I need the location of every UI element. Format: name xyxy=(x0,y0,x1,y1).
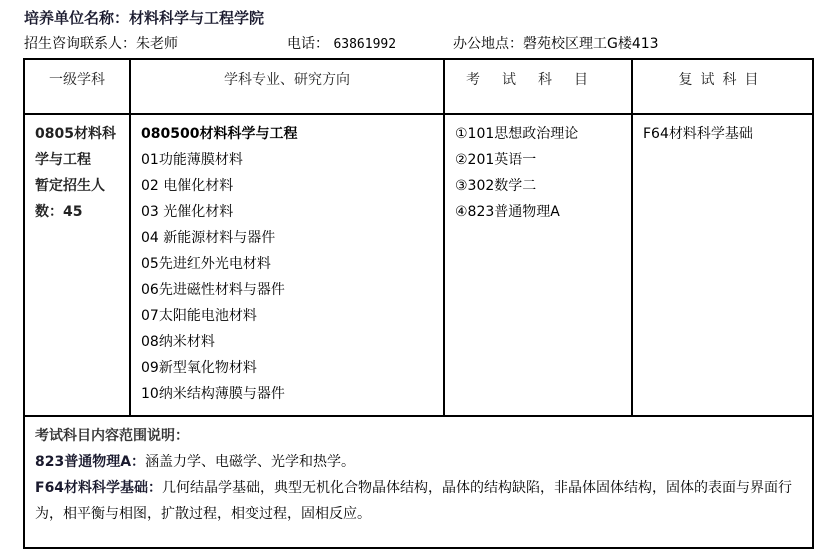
research-direction: 06先进磁性材料与器件 xyxy=(141,277,435,303)
research-direction: 09新型氧化物材料 xyxy=(141,355,435,381)
research-direction: 04 新能源材料与器件 xyxy=(141,225,435,251)
note-item: 823普通物理A：涵盖力学、电磁学、光学和热学。 xyxy=(35,449,804,475)
major-cell: 080500材料科学与工程 01功能薄膜材料 02 电催化材料 03 光催化材料… xyxy=(130,114,444,416)
research-direction: 01功能薄膜材料 xyxy=(141,147,435,173)
col-header-discipline: 一级学科 xyxy=(24,59,130,114)
page: 培养单位名称：材料科学与工程学院 招生咨询联系人：朱老师 电话： 6386199… xyxy=(0,0,836,557)
notes-row: 考试科目内容范围说明： 823普通物理A：涵盖力学、电磁学、光学和热学。 F64… xyxy=(24,416,813,548)
notes-heading: 考试科目内容范围说明： xyxy=(35,423,804,449)
office-location: 磬苑校区理工G楼413 xyxy=(523,36,659,52)
phone-field: 电话： 63861992 xyxy=(287,34,396,55)
note-item: F64材料科学基础：几何结晶学基础，典型无机化合物晶体结构，晶体的结构缺陷，非晶… xyxy=(35,475,804,527)
unit-label: 培养单位名称： xyxy=(24,9,129,27)
discipline-line: 数：45 xyxy=(35,199,121,225)
research-direction: 05先进红外光电材料 xyxy=(141,251,435,277)
note-subject: 823普通物理A： xyxy=(35,454,145,470)
office-field: 办公地点：磬苑校区理工G楼413 xyxy=(453,34,659,54)
admissions-table: 一级学科 学科专业、研究方向 考试科目 复试科目 0805材料科 学与工程 暂定… xyxy=(23,58,814,549)
table-header-row: 一级学科 学科专业、研究方向 考试科目 复试科目 xyxy=(24,59,813,114)
retest-cell: F64材料科学基础 xyxy=(632,114,813,416)
research-direction: 07太阳能电池材料 xyxy=(141,303,435,329)
phone-label: 电话： xyxy=(287,36,329,52)
note-text: 涵盖力学、电磁学、光学和热学。 xyxy=(145,454,355,470)
phone-number: 63861992 xyxy=(333,37,396,52)
research-direction: 03 光催化材料 xyxy=(141,199,435,225)
discipline-line: 暂定招生人 xyxy=(35,173,121,199)
col-header-major: 学科专业、研究方向 xyxy=(130,59,444,114)
unit-title: 培养单位名称：材料科学与工程学院 xyxy=(24,8,264,28)
contact-label: 招生咨询联系人： xyxy=(24,36,136,52)
research-direction: 10纳米结构薄膜与器件 xyxy=(141,381,435,407)
research-direction: 08纳米材料 xyxy=(141,329,435,355)
unit-name: 材料科学与工程学院 xyxy=(129,9,264,27)
exam-subject: ③302数学二 xyxy=(455,173,623,199)
contact-field: 招生咨询联系人：朱老师 xyxy=(24,34,178,54)
major-title: 080500材料科学与工程 xyxy=(141,121,435,147)
exams-cell: ①101思想政治理论 ②201英语一 ③302数学二 ④823普通物理A xyxy=(444,114,632,416)
note-subject: F64材料科学基础： xyxy=(35,480,162,496)
office-label: 办公地点： xyxy=(453,36,523,52)
table-row: 0805材料科 学与工程 暂定招生人 数：45 080500材料科学与工程 01… xyxy=(24,114,813,416)
discipline-cell: 0805材料科 学与工程 暂定招生人 数：45 xyxy=(24,114,130,416)
col-header-exams: 考试科目 xyxy=(444,59,632,114)
contact-name: 朱老师 xyxy=(136,36,178,52)
notes-cell: 考试科目内容范围说明： 823普通物理A：涵盖力学、电磁学、光学和热学。 F64… xyxy=(24,416,813,548)
exam-subject: ①101思想政治理论 xyxy=(455,121,623,147)
discipline-line: 学与工程 xyxy=(35,147,121,173)
col-header-retest: 复试科目 xyxy=(632,59,813,114)
exam-subject: ④823普通物理A xyxy=(455,199,623,225)
research-direction: 02 电催化材料 xyxy=(141,173,435,199)
discipline-line: 0805材料科 xyxy=(35,121,121,147)
exam-subject: ②201英语一 xyxy=(455,147,623,173)
retest-subject: F64材料科学基础 xyxy=(643,121,804,147)
